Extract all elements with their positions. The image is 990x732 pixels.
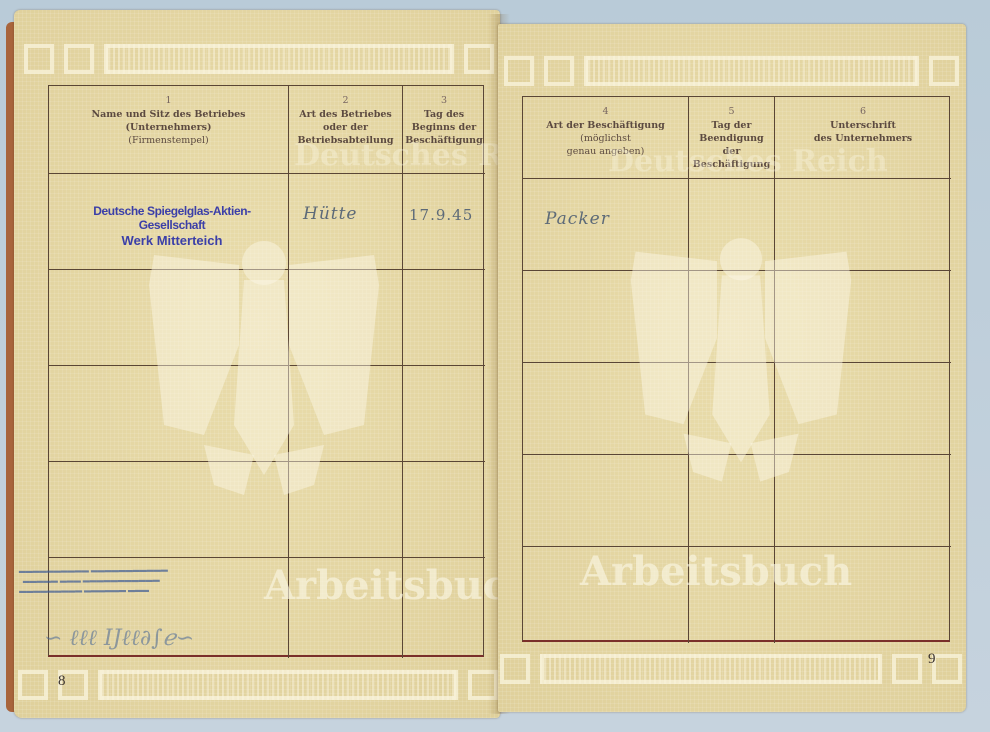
table-row-1-signature (775, 179, 951, 271)
faded-signature: ∽ ℓℓℓ Ĳℓℓ∂∫ℯ∽ (44, 625, 194, 651)
ornament-square (892, 654, 922, 684)
stamp-line-2: Werk Mitterteich (67, 233, 277, 248)
column-number: 6 (860, 105, 866, 118)
header-line: Art des Betriebes (299, 108, 392, 121)
page-number: 9 (928, 651, 936, 668)
table-row-1-occupation: Packer (523, 179, 689, 271)
table-row-5-end-date (689, 547, 775, 643)
table-row-4-start-date (403, 462, 485, 558)
column-number: 5 (728, 105, 734, 118)
header-line: Beendigung der (689, 132, 774, 158)
table-row-1-end-date (689, 179, 775, 271)
header-line: oder der (323, 121, 368, 134)
header-line: Betriebsabteilung (297, 134, 393, 147)
table-row-3-start-date (403, 366, 485, 462)
header-line: genau angeben) (567, 145, 645, 158)
table-row-3-department (289, 366, 403, 462)
header-line: (Unternehmers) (126, 121, 212, 134)
table-row-2-end-date (689, 271, 775, 363)
header-line: Beschäftigung (693, 158, 770, 171)
table-row-3-occupation (523, 363, 689, 455)
header-subline: (Firmenstempel) (128, 134, 208, 147)
table-row-4-company (49, 462, 289, 558)
header-line: Art der Beschäftigung (546, 119, 665, 132)
column-header-4: 4 Art der Beschäftigung (möglichst genau… (523, 97, 689, 179)
stamp-line-1: Deutsche Spiegelglas-Aktien-Gesellschaft (67, 204, 277, 232)
top-border-ornament (24, 40, 494, 78)
header-line: Tag der (712, 119, 752, 132)
ornament-square (500, 654, 530, 684)
handwritten-occupation: Packer (545, 209, 610, 229)
handwritten-start-date: 17.9.45 (409, 206, 473, 224)
table-row-2-company (49, 270, 289, 366)
table-row-1-department: Hütte (289, 174, 403, 270)
table-row-2-department (289, 270, 403, 366)
bottom-border-ornament (18, 666, 498, 704)
ornament-bar (584, 56, 919, 86)
header-line: des Unternehmers (814, 132, 912, 145)
ornament-square (544, 56, 574, 86)
column-number: 1 (165, 94, 171, 107)
header-line: Beschäftigung (405, 134, 482, 147)
handwritten-department: Hütte (303, 204, 358, 224)
column-number: 2 (342, 94, 348, 107)
employment-table-left: 1 Name und Sitz des Betriebes (Unternehm… (48, 85, 484, 657)
column-header-6: 6 Unterschrift des Unternehmers (775, 97, 951, 179)
header-line: Tag des (424, 108, 464, 121)
ornament-square (932, 654, 962, 684)
table-row-4-signature (775, 455, 951, 547)
bottom-border-ornament (500, 650, 962, 688)
column-header-5: 5 Tag der Beendigung der Beschäftigung (689, 97, 775, 179)
table-row-4-end-date (689, 455, 775, 547)
table-row-5-start-date (403, 558, 485, 658)
right-page: 4 Art der Beschäftigung (möglichst genau… (498, 24, 966, 712)
column-number: 3 (441, 94, 447, 107)
table-row-2-occupation (523, 271, 689, 363)
employment-table-right: 4 Art der Beschäftigung (möglichst genau… (522, 96, 950, 642)
column-header-1: 1 Name und Sitz des Betriebes (Unternehm… (49, 86, 289, 174)
ornament-square (24, 44, 54, 74)
top-border-ornament (504, 52, 959, 90)
left-page: 1 Name und Sitz des Betriebes (Unternehm… (14, 10, 500, 718)
ornament-square (504, 56, 534, 86)
table-row-3-company (49, 366, 289, 462)
table-row-4-department (289, 462, 403, 558)
table-row-4-occupation (523, 455, 689, 547)
ornament-bar (104, 44, 454, 74)
header-line: (möglichst (580, 132, 631, 145)
ornament-square (18, 670, 48, 700)
ornament-bar (98, 670, 458, 700)
table-row-3-signature (775, 363, 951, 455)
column-number: 4 (602, 105, 608, 118)
ornament-square (929, 56, 959, 86)
table-row-1-start-date: 17.9.45 (403, 174, 485, 270)
page-number: 8 (58, 673, 66, 690)
header-line: Name und Sitz des Betriebes (91, 108, 245, 121)
table-row-2-start-date (403, 270, 485, 366)
table-row-3-end-date (689, 363, 775, 455)
header-line: Beginns der (412, 121, 477, 134)
column-header-3: 3 Tag des Beginns der Beschäftigung (403, 86, 485, 174)
header-line: Unterschrift (830, 119, 896, 132)
ornament-square (64, 44, 94, 74)
table-row-5-occupation (523, 547, 689, 643)
table-row-1-company: Deutsche Spiegelglas-Aktien-Gesellschaft… (49, 174, 289, 270)
table-row-5-department (289, 558, 403, 658)
company-stamp: Deutsche Spiegelglas-Aktien-Gesellschaft… (67, 204, 277, 248)
table-row-5-signature (775, 547, 951, 643)
table-row-2-signature (775, 271, 951, 363)
ornament-bar (540, 654, 882, 684)
column-header-2: 2 Art des Betriebes oder der Betriebsabt… (289, 86, 403, 174)
faded-stamp: ▬▬▬▬▬▬▬▬▬▬ ▬▬▬▬▬▬▬▬▬▬▬ ▬▬▬▬▬ ▬▬▬ ▬▬▬▬▬▬▬… (19, 565, 259, 597)
